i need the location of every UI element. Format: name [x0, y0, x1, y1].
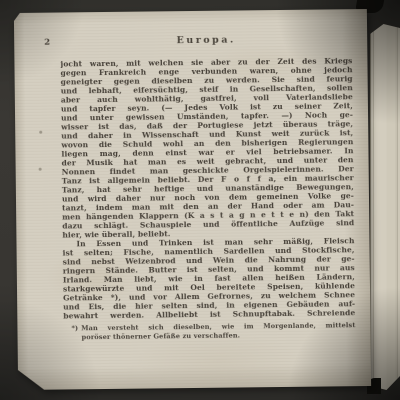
book-page-edges: [370, 24, 400, 390]
paper-speck: [39, 131, 42, 134]
footnote: *)Man versteht sich dieselben, wie im Mo…: [71, 321, 355, 341]
book-scan-photo: 2 Europa. jocht waren, mit welchen sie a…: [0, 0, 400, 400]
page-number: 2: [44, 38, 50, 48]
text-line: bewahrt werden. Allbeliebt ist Schnupfta…: [63, 308, 355, 320]
paper-surface: 2 Europa. jocht waren, mit welchen sie a…: [14, 9, 371, 390]
paragraph-1: jocht waren, mit welchen sie aber zu der…: [60, 56, 354, 239]
scanned-page: 2 Europa. jocht waren, mit welchen sie a…: [14, 9, 371, 390]
body-text: jocht waren, mit welchen sie aber zu der…: [60, 56, 355, 320]
paper-speck: [39, 168, 42, 171]
footnote-marker: *): [71, 324, 81, 332]
running-header: Europa.: [60, 33, 352, 47]
paragraph-2: In Essen und Trinken ist man sehr mäßig,…: [62, 236, 355, 320]
